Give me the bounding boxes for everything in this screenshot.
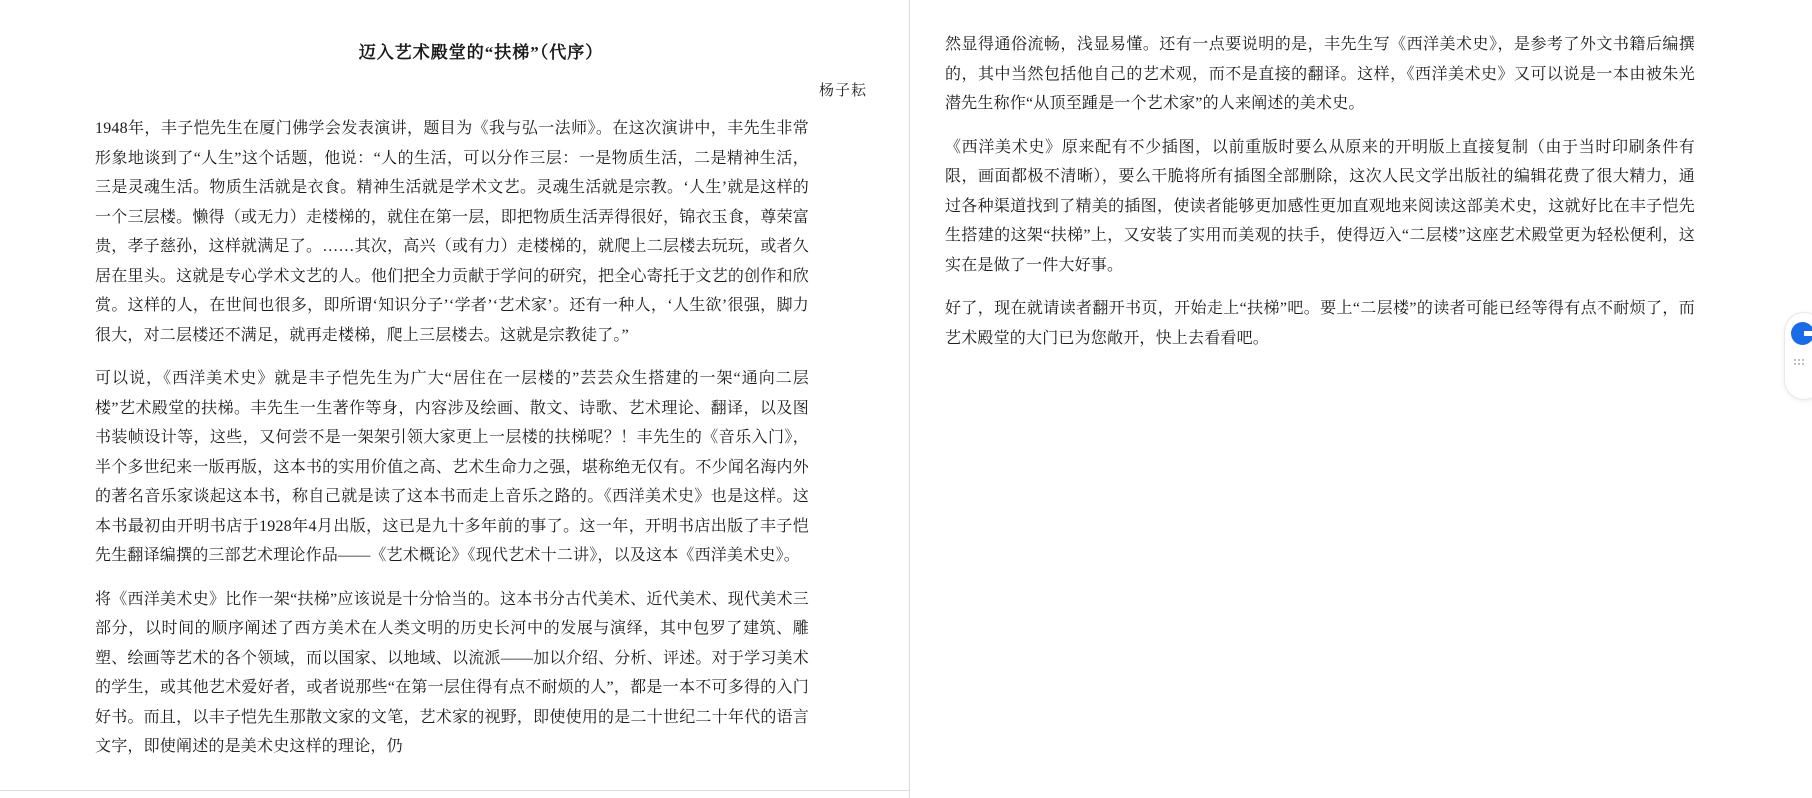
paragraph-4: 《西洋美术史》原来配有不少插图，以前重版时要么从原来的开明版上直接复制（由于当时… [945,133,1695,281]
document-title: 迈入艺术殿堂的“扶梯”（代序） [95,38,867,63]
author-name: 杨子耘 [95,79,867,100]
page-boundary-line [0,790,909,791]
extension-logo-icon[interactable] [1791,322,1812,345]
paragraph-3-continued: 然显得通俗流畅，浅显易懂。还有一点要说明的是，丰先生写《西洋美术史》，是参考了外… [945,30,1695,119]
drag-handle-icon[interactable] [1794,359,1796,361]
page-2: 然显得通俗流畅，浅显易懂。还有一点要说明的是，丰先生写《西洋美术史》，是参考了外… [910,0,1812,798]
page-1: 迈入艺术殿堂的“扶梯”（代序） 杨子耘 1948年，丰子恺先生在厦门佛学会发表演… [0,0,909,798]
paragraph-5: 好了，现在就请读者翻开书页，开始走上“扶梯”吧。要上“二层楼”的读者可能已经等得… [945,294,1695,353]
extension-floating-button[interactable] [1784,312,1812,400]
paragraph-1: 1948年，丰子恺先生在厦门佛学会发表演讲，题目为《我与弘一法师》。在这次演讲中… [95,114,809,350]
paragraph-2: 可以说，《西洋美术史》就是丰子恺先生为广大“居住在一层楼的”芸芸众生搭建的一架“… [95,364,809,571]
page-divider [909,0,910,798]
paragraph-3: 将《西洋美术史》比作一架“扶梯”应该说是十分恰当的。这本书分古代美术、近代美术、… [95,585,809,762]
